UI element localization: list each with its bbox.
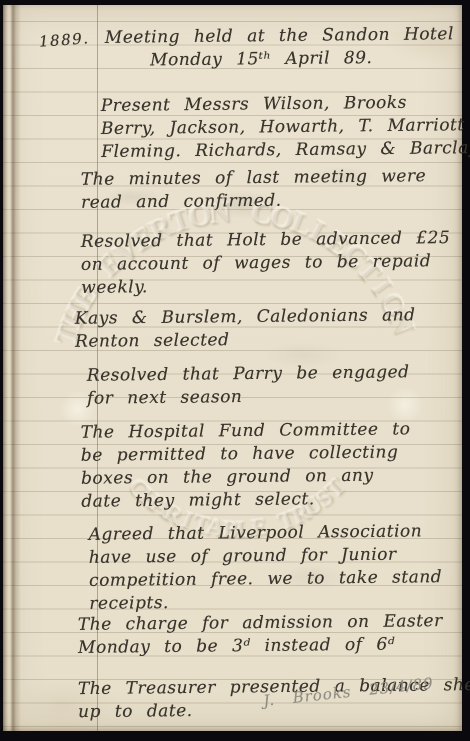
handwritten-line: on account of wages to be repaid [81,250,451,277]
binding-edge [3,5,21,731]
handwritten-line: Resolved that Parry be engaged [87,361,410,387]
minute-entry-heading: Meeting held at the Sandon Hotel Monday … [105,23,454,73]
minute-entry-admission-charge: The charge for admission on Easter Monda… [78,610,443,660]
handwritten-line: The Hospital Fund Committee to [81,418,411,444]
handwritten-line: The minutes of last meeting were [81,165,426,192]
handwritten-line: weekly. [81,273,451,300]
minute-entry-present: Present Messrs Wilson, Brooks Berry, Jac… [101,91,470,164]
year-label: 1889. [38,29,90,50]
handwritten-line: boxes on the ground on any [81,464,411,490]
handwritten-line: Monday 15ᵗʰ April 89. [150,46,454,72]
handwritten-line: read and confirmed. [81,188,426,215]
handwritten-line: be permitted to have collecting [81,441,411,467]
minute-entry-hospital-fund: The Hospital Fund Committee to be permit… [81,418,412,513]
handwritten-line: Renton selected [75,327,416,354]
minute-entry-holt-advance: Resolved that Holt be advanced £25 on ac… [81,227,451,300]
minute-entry-minutes-confirmed: The minutes of last meeting were read an… [81,165,427,215]
handwritten-line: Kays & Burslem, Caledonians and [75,304,416,331]
minute-entry-parry-engaged: Resolved that Parry be engaged for next … [87,361,410,410]
minute-entry-junior-competition: Agreed that Liverpool Association have u… [89,520,443,616]
handwritten-line: date they might select. [81,487,411,513]
minute-book-page: THE EVERTON COLLECTIONCHARITABLE TRUST 1… [3,5,462,731]
handwritten-line: Monday to be 3ᵈ instead of 6ᵈ [78,633,443,660]
photo-frame: THE EVERTON COLLECTIONCHARITABLE TRUST 1… [0,0,470,741]
handwritten-line: for next season [87,384,410,410]
handwritten-line: Meeting held at the Sandon Hotel [105,23,454,50]
handwritten-line: competition free. we to take stand [89,566,442,593]
handwritten-line: Fleming. Richards, Ramsay & Barclay. [101,137,470,164]
minute-entry-teams-selected: Kays & Burslem, Caledonians and Renton s… [75,304,416,354]
